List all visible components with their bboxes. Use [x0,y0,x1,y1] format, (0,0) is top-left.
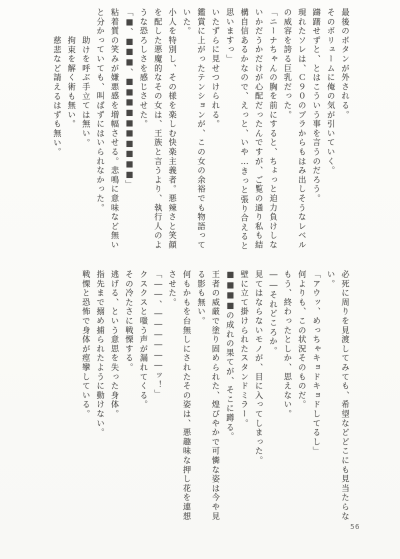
text-column: 何もかもを台無しにされたその姿は、悪趣味な押し花を連想させた。 [165,270,194,522]
text-column: 王者の威厳で塗り固められた、煌びやかで可憐な姿は今や見る影も無い。 [194,270,223,522]
dialogue-line: 「アウッ、めっちゃキョドキョドしてるし」 [309,270,323,522]
text-column: 現れたソレは、Ｃ９０のブラからもはみ出しそうなレベルの威容を誇る巨乳だった。 [280,8,309,258]
dash-dialogue-line: 「――、――――――ッ！」 [150,270,164,522]
text-column: 最後のボタンが外される。 [338,8,352,258]
upper-text-block: 最後のボタンが外される。 そのボリュームに俺の気が引いていく。 躊躇せずと、とは… [49,8,352,258]
dash-line: ――それどころか。 [266,270,280,522]
text-column: 壁に立て掛けられたスタンドミラー。 [237,270,251,522]
text-column: 何よりも、この状況そのものだ。 [294,270,308,522]
text-column: 鑑賞に上がったテンションが、この女の余裕でも物語っていた。 [179,8,208,258]
text-column-indented: 拘束を解く術も無い。 [64,8,78,258]
book-page: 最後のボタンが外される。 そのボリュームに俺の気が引いていく。 躊躇せずと、とは… [0,0,400,559]
text-column: もう、終わったとしか、思えない。 [280,270,294,522]
text-column-indented: 助けを呼ぶ手立ては無い。 [78,8,92,258]
text-column: 見てはならないモノが、目に入ってしまった。 [251,270,265,522]
text-column-indented: 慈悲など請えるはずも無い。 [49,8,63,258]
lower-text-block: 必死に周りを見渡してみても、希望などどこにも見当たらない。 「アウッ、めっちゃキ… [78,270,352,522]
page-number: 56 [350,523,360,531]
redacted-dialogue-line: 「■、■■■、■■■■■■■■■■」 [122,8,136,258]
text-column: 戦慄と恐怖で身体が痙攣している。 [78,270,92,522]
text-column: 小人を特別し、その様を楽しむ快楽主義者。悪辣さと笑顔を配した悪魔的なその女は、王… [136,8,179,258]
text-column: 指先まで搦め捕られたように動けない。 [93,270,107,522]
text-column: そのボリュームに俺の気が引いていく。 [323,8,337,258]
text-column: 逃げる、という意思を失った身体。 [107,270,121,522]
text-column: 躊躇せずと、とはこういう事を言うのだろう。 [309,8,323,258]
text-column: クスクスと嗤う声が漏れてくる。 [136,270,150,522]
redacted-text-column: ■■■■の成れの果てが、そこに蹲る。 [222,270,236,522]
text-column: その冷たさに戦慄する。 [122,270,136,522]
text-column: 必死に周りを見渡してみても、希望などどこにも見当たらない。 [323,270,352,522]
text-column: 粘着質の笑みが嫌悪感を増幅させる。悲鳴に意味など無いと分かっていても、叫ばずには… [93,8,122,258]
dialogue-line: 「ニーナちゃんの胸を前にすると、ちょっと迫力負けしないかだうかだけが心配だったん… [222,8,280,258]
text-column: いたずらに見せつけられる。 [208,8,222,258]
